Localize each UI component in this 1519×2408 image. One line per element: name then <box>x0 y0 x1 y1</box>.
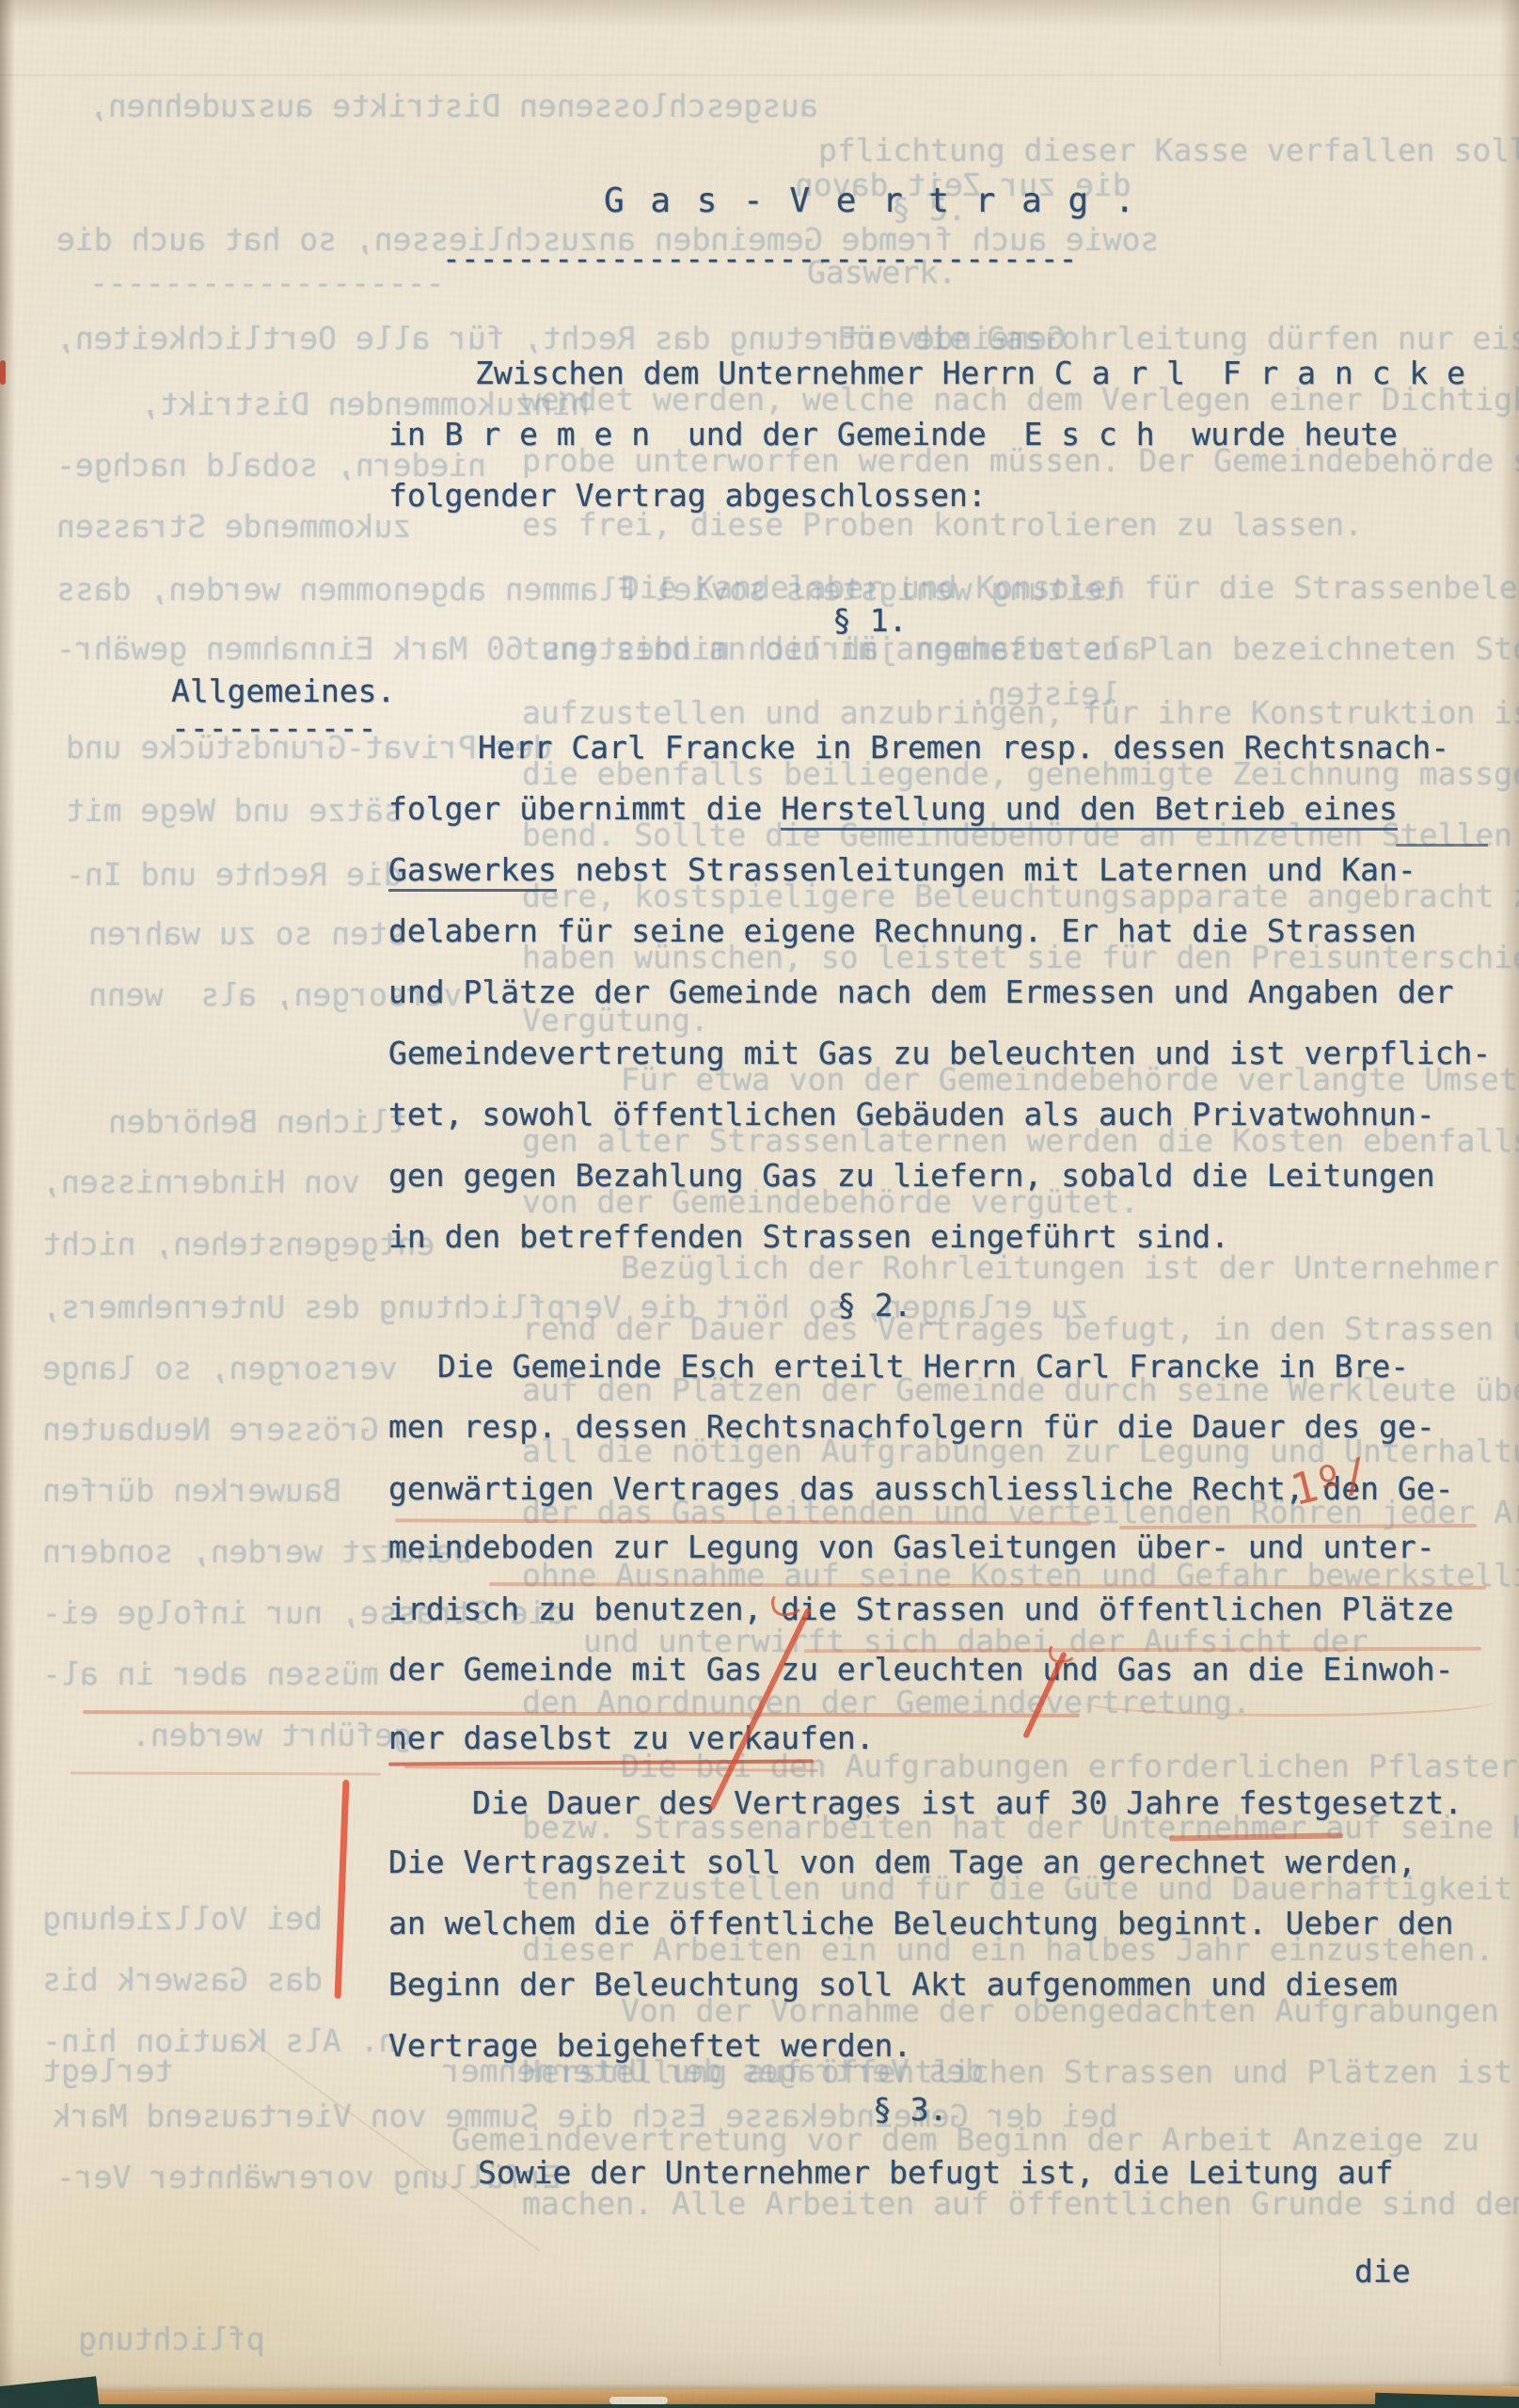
red-slash-erleuchten <box>1022 1651 1068 1738</box>
orange-underline-ghost-a2 <box>1119 1524 1477 1529</box>
red-slash-benutzen <box>708 1608 812 1812</box>
red-underline-verkaufen <box>388 1759 814 1766</box>
orange-underline-ghost-c <box>804 1647 1481 1654</box>
document-photo: pflichtung dieser Kasse verfallen sollen… <box>0 0 1519 2408</box>
red-margin-line <box>335 1780 350 1999</box>
red-underline-left-echo <box>71 1771 381 1775</box>
crease-vertical <box>1219 2163 1221 2366</box>
red-dash-30-jahre <box>1169 1832 1343 1841</box>
red-underline-echo <box>404 1766 818 1772</box>
photo-bottom-border <box>0 2404 1519 2408</box>
crease-top <box>0 74 1519 76</box>
paper-scrap <box>609 2397 668 2404</box>
red-edge-sliver <box>0 360 6 385</box>
orange-underline-ghost-d <box>83 1710 1080 1718</box>
ink-underline-extension <box>1396 844 1488 847</box>
orange-underline-ghost-b <box>489 1582 1486 1590</box>
red-pencil-annotation-layer: 1º/ <box>0 0 1519 2408</box>
crease-diagonal <box>250 2040 541 2252</box>
orange-underline-ghost-a1 <box>395 1518 1091 1525</box>
red-curl-erleuchten <box>1047 1639 1077 1665</box>
red-arc-einwohner <box>1082 1686 1495 1717</box>
red-curl-benutzen <box>768 1587 803 1619</box>
red-note-10: 1º/ <box>1286 1448 1374 1515</box>
